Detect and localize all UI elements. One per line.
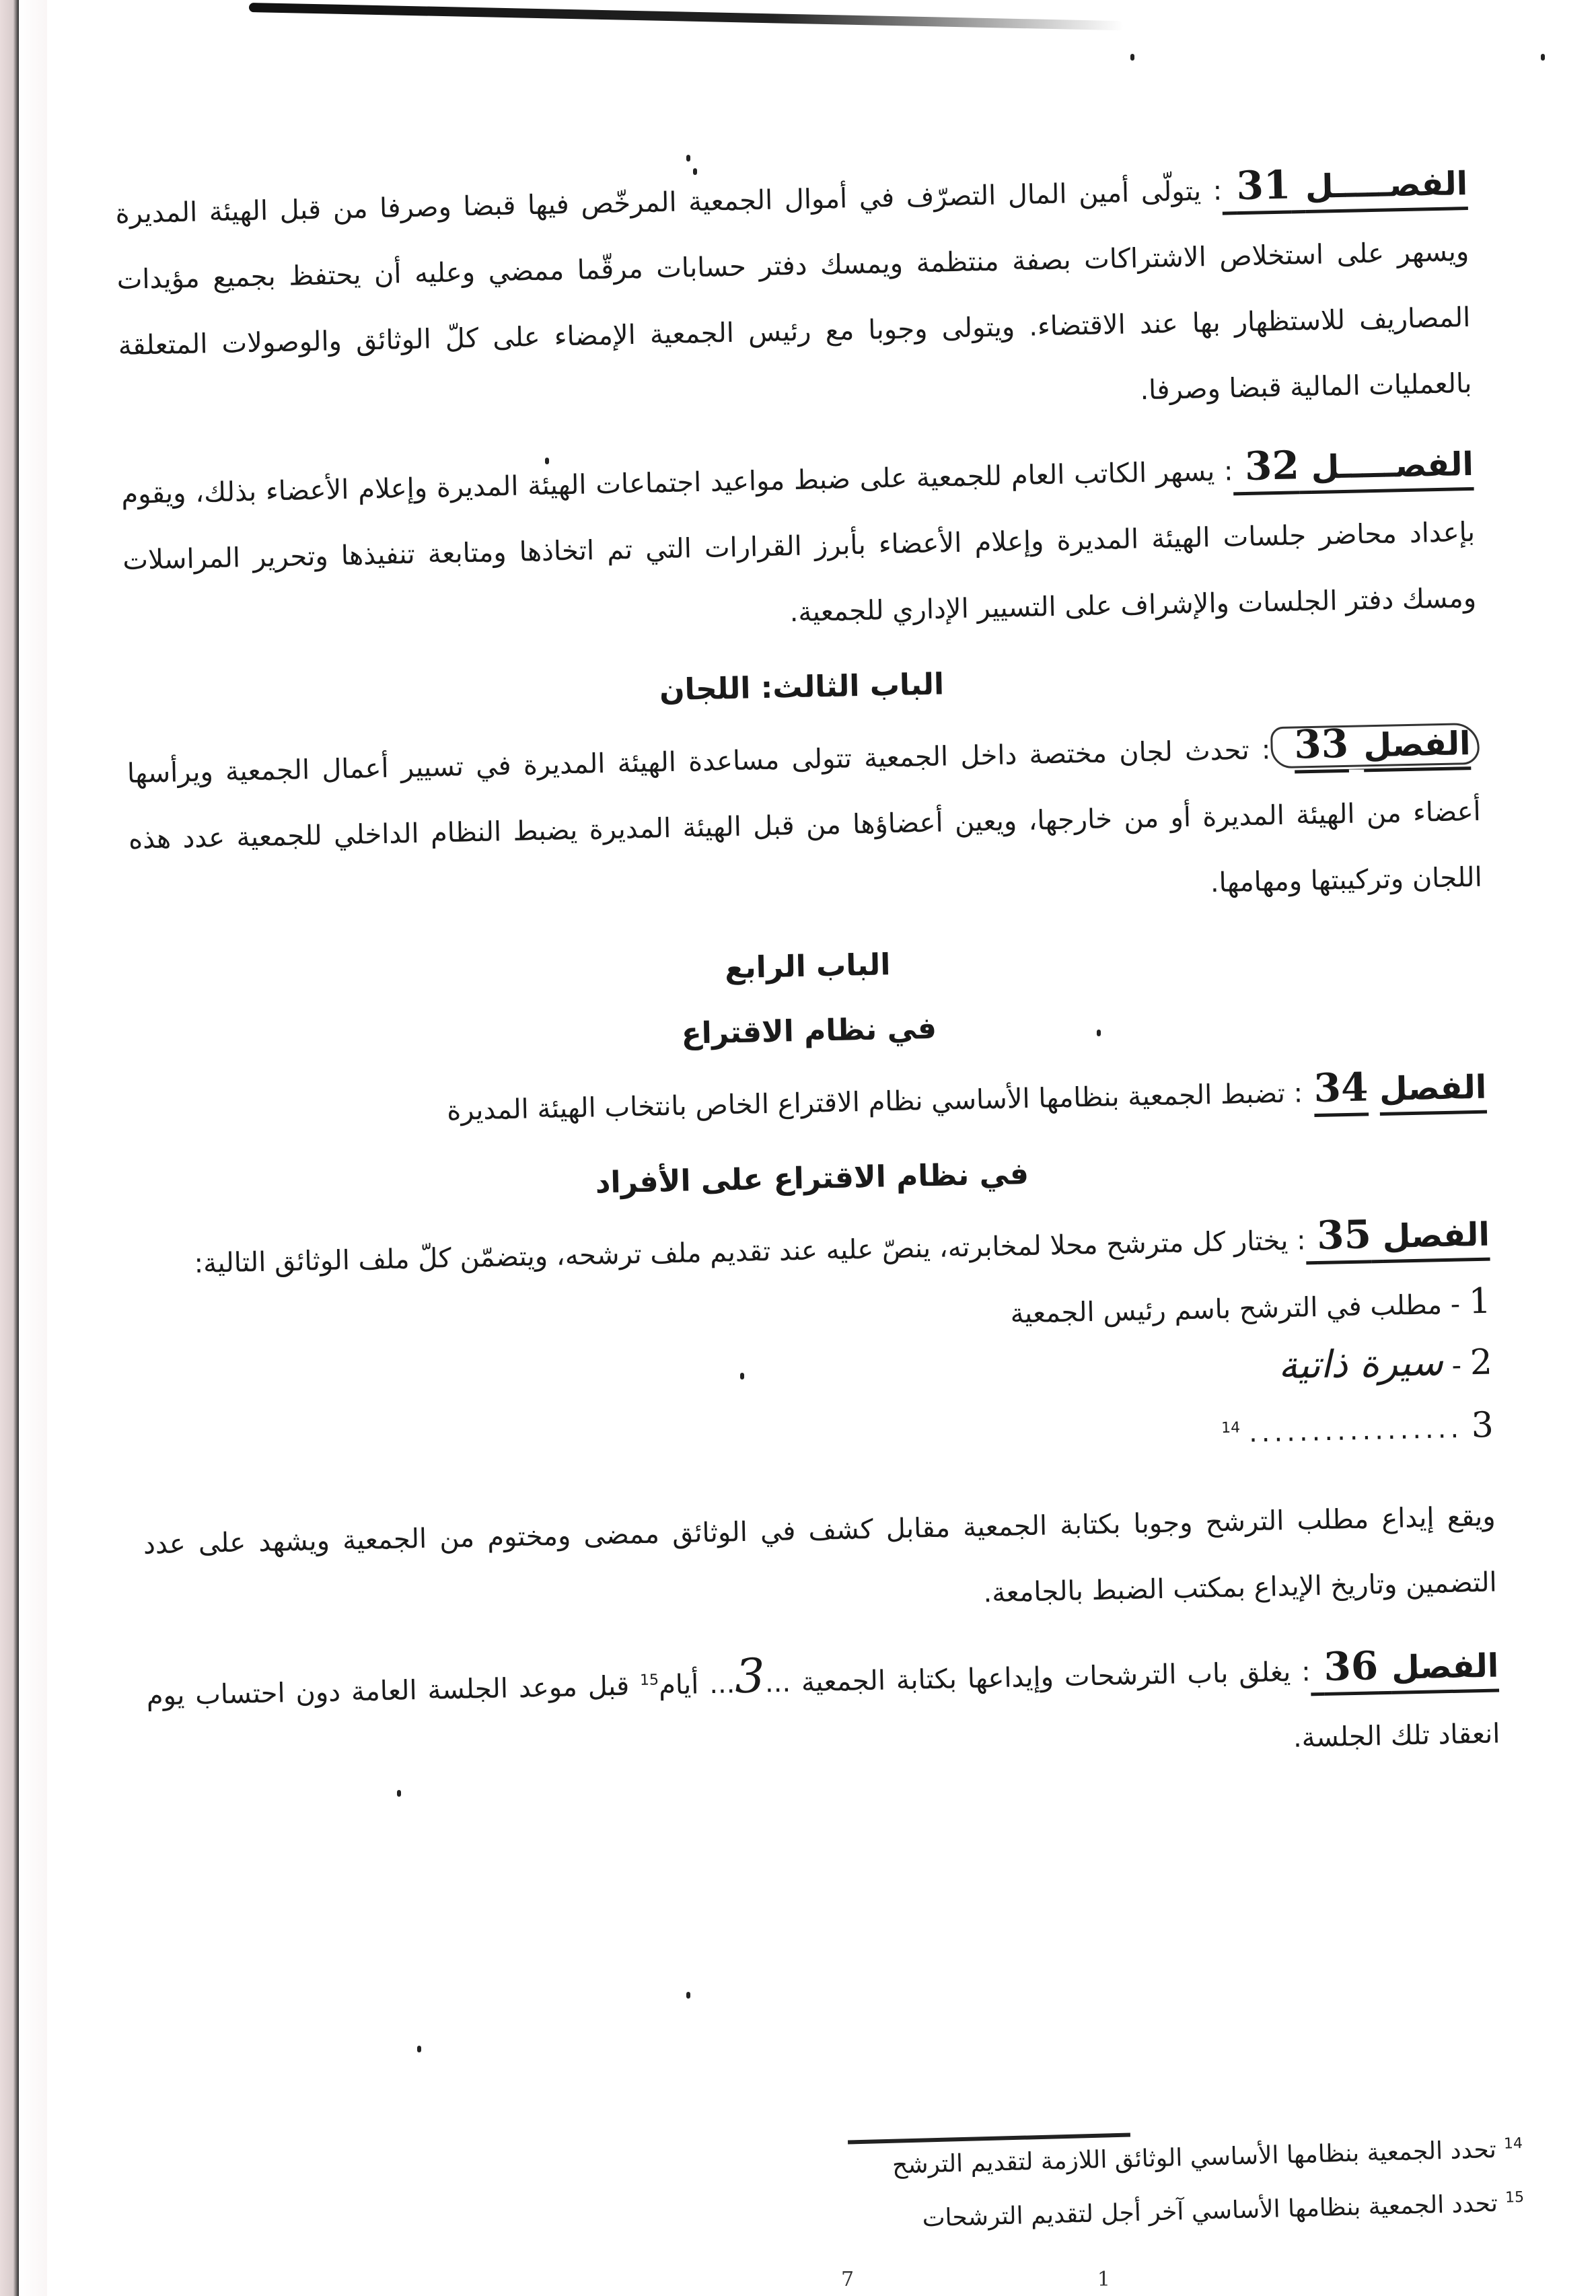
article-34-label: الفصل 34 bbox=[1302, 1069, 1486, 1110]
article-35-text: يختار كل مترشح محلا لمخابرته، ينصّ عليه … bbox=[194, 1225, 1289, 1279]
scan-speck bbox=[1541, 54, 1545, 61]
article-33-label: الفصل 33 bbox=[1270, 723, 1480, 768]
scan-speck bbox=[397, 1790, 401, 1797]
scan-speck bbox=[740, 1373, 744, 1379]
article-32: الفصـــــل 32 : يسهر الكاتب العام للجمعي… bbox=[120, 429, 1477, 659]
article-31: الفصـــــل 31 : يتولّى أمين المال التصرّ… bbox=[114, 148, 1472, 445]
article-34-word: الفصل bbox=[1379, 1069, 1487, 1108]
article-31-number: 31 bbox=[1236, 162, 1291, 209]
article-35-after-text: ويقع إيداع مطلب الترشح وجوبا بكتابة الجم… bbox=[143, 1501, 1498, 1609]
article-31-label: الفصـــــل 31 bbox=[1221, 165, 1467, 208]
article-31-text: يتولّى أمين المال التصرّف في أموال الجمع… bbox=[115, 176, 1472, 406]
article-36-text-before: يغلق باب الترشحات وإيداعها بكتابة الجمعي… bbox=[764, 1657, 1291, 1698]
article-33: الفصل 33 : تحدث لجان مختصة داخل الجمعية … bbox=[126, 708, 1483, 939]
scan-speck bbox=[686, 155, 690, 162]
article-32-number: 32 bbox=[1244, 442, 1299, 489]
footnote-ref-15: 15 bbox=[640, 1672, 659, 1690]
page-number-left: 7 bbox=[841, 2268, 854, 2291]
scan-speck bbox=[693, 168, 697, 175]
list-item-text: - مطلب في الترشح باسم رئيس الجمعية bbox=[1010, 1289, 1461, 1330]
scan-speck bbox=[1097, 1030, 1101, 1036]
list-item-text: - bbox=[1443, 1351, 1461, 1382]
article-36: الفصل 36 : يغلق باب الترشحات وإيداعها بك… bbox=[146, 1628, 1501, 1795]
page-numbers: 7 1 bbox=[841, 2268, 1110, 2291]
list-item-number: 1 bbox=[1468, 1281, 1491, 1322]
article-35-separator: : bbox=[1288, 1225, 1306, 1256]
page-edge-shadow bbox=[0, 0, 19, 2296]
list-item-number: 3 bbox=[1471, 1405, 1494, 1446]
article-36-text-after: ... أيام bbox=[659, 1669, 735, 1701]
article-33-separator: : bbox=[1249, 734, 1271, 766]
article-34-text: تضبط الجمعية بنظامها الأساسي نظام الاقتر… bbox=[447, 1078, 1286, 1126]
article-36-number: 36 bbox=[1323, 1643, 1379, 1690]
article-35-label: الفصل 35 bbox=[1305, 1216, 1490, 1258]
list-item-placeholder-dots: ................. bbox=[1248, 1413, 1463, 1449]
scan-speck bbox=[686, 1992, 690, 1999]
article-32-label: الفصـــــل 32 bbox=[1233, 445, 1474, 488]
article-31-separator: : bbox=[1201, 176, 1223, 207]
article-35-word: الفصل bbox=[1382, 1216, 1490, 1256]
article-36-separator: : bbox=[1291, 1657, 1311, 1688]
document-body: الفصـــــل 31 : يتولّى أمين المال التصرّ… bbox=[114, 148, 1500, 1807]
article-31-word: الفصـــــل bbox=[1305, 165, 1467, 206]
article-36-word: الفصل bbox=[1391, 1647, 1499, 1687]
scan-speck bbox=[417, 2046, 421, 2052]
required-documents-list: 1 - مطلب في الترشح باسم رئيس الجمعية 2 -… bbox=[138, 1272, 1494, 1485]
page-number-right: 1 bbox=[1097, 2268, 1110, 2291]
article-35-continuation: ويقع إيداع مطلب الترشح وجوبا بكتابة الجم… bbox=[143, 1484, 1498, 1644]
list-item-number: 2 bbox=[1470, 1342, 1492, 1384]
scan-artifact-line bbox=[249, 3, 1124, 30]
scan-speck bbox=[545, 458, 549, 464]
handwritten-entry: سيرة ذاتية bbox=[1278, 1340, 1443, 1388]
article-34-number: 34 bbox=[1313, 1064, 1369, 1111]
scan-speck bbox=[1130, 54, 1134, 61]
article-33-word: الفصل bbox=[1363, 725, 1471, 764]
article-36-label: الفصل 36 bbox=[1310, 1647, 1499, 1689]
footnote-ref-14: 14 bbox=[1221, 1419, 1241, 1437]
article-32-separator: : bbox=[1214, 456, 1233, 487]
footnotes: 14 تحدد الجمعية بنظامها الأساسي الوثائق … bbox=[815, 2120, 1525, 2246]
footnote-number: 14 bbox=[1504, 2135, 1523, 2153]
footnote-number: 15 bbox=[1505, 2189, 1525, 2207]
article-32-word: الفصـــــل bbox=[1311, 445, 1474, 487]
footnote-text: تحدد الجمعية بنظامها الأساسي آخر أجل لتق… bbox=[922, 2190, 1498, 2232]
article-34-separator: : bbox=[1284, 1077, 1303, 1109]
article-35-number: 35 bbox=[1316, 1211, 1371, 1258]
handwritten-days-number: 3 bbox=[734, 1649, 765, 1705]
article-33-number: 33 bbox=[1294, 721, 1349, 768]
footnote-text: تحدد الجمعية بنظامها الأساسي الوثائق الل… bbox=[892, 2136, 1497, 2179]
